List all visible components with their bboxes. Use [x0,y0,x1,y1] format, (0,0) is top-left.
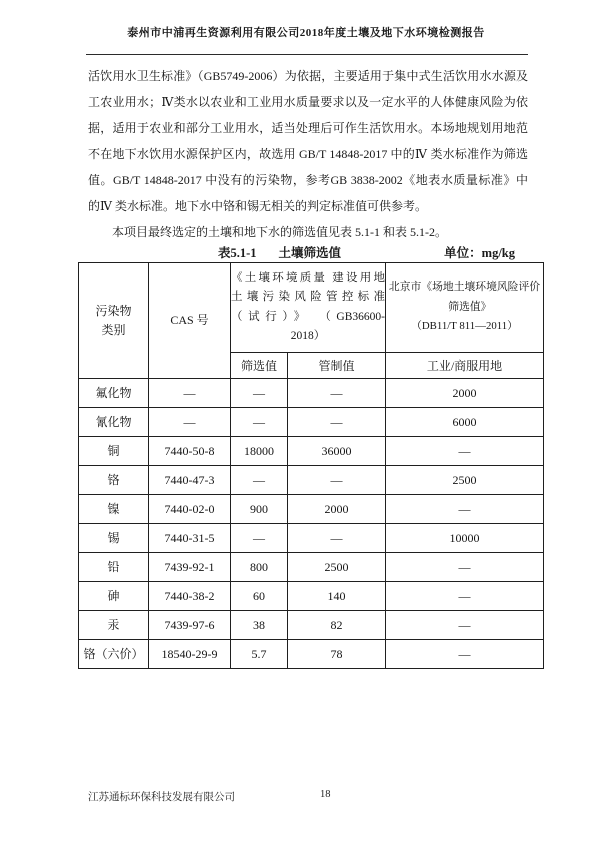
screening-cell: 900 [231,495,288,524]
table-row: 氟化物 — — — 2000 [79,379,544,408]
control-cell: 2500 [288,553,386,582]
control-cell: — [288,466,386,495]
pollutant-cell: 氟化物 [79,379,149,408]
industrial-use-subheader: 工业/商服用地 [386,353,544,379]
pollutant-cell: 铬 [79,466,149,495]
body-text: 活饮用水卫生标准》（GB5749-2006）为依据，主要适用于集中式生活饮用水水… [88,63,528,245]
screening-cell: — [231,408,288,437]
pollutant-cell: 砷 [79,582,149,611]
cas-cell: 7440-50-8 [149,437,231,466]
table-row: 汞 7439-97-6 38 82 — [79,611,544,640]
industrial-cell: — [386,437,544,466]
pollutant-cell: 铜 [79,437,149,466]
control-cell: — [288,408,386,437]
cas-cell: 7440-38-2 [149,582,231,611]
industrial-cell: — [386,611,544,640]
gb-header-line: 2018） [231,327,385,347]
industrial-cell: — [386,582,544,611]
cas-cell: — [149,408,231,437]
cas-cell: 18540-29-9 [149,640,231,669]
screening-cell: — [231,466,288,495]
industrial-cell: 2000 [386,379,544,408]
footer-company: 江苏通标环保科技发展有限公司 [88,789,235,804]
gb36600-standard-header: 《土壤环境质量 建设用地 土壤污染风险管控标准 （试行）》 （GB36600- … [231,263,386,353]
page-footer: 江苏通标环保科技发展有限公司 18 [0,789,612,803]
screening-cell: — [231,524,288,553]
industrial-cell: — [386,495,544,524]
table-row: 铬（六价） 18540-29-9 5.7 78 — [79,640,544,669]
caption-label: 表5.1-1 [218,245,257,261]
pollutant-category-header: 污染物 类别 [79,263,149,379]
screening-cell: 18000 [231,437,288,466]
table-row: 砷 7440-38-2 60 140 — [79,582,544,611]
header-rule [86,54,528,55]
pollutant-category-line1: 污染物 [79,302,148,321]
body-line: 不在地下水饮用水源保护区内，故选用 GB/T 14848-2017 中的Ⅳ 类水… [88,141,528,167]
control-cell: — [288,524,386,553]
body-line: 的Ⅳ 类水标准。地下水中铬和锡无相关的判定标准值可供参考。 [88,193,528,219]
cas-header: CAS 号 [149,263,231,379]
control-value-subheader: 管制值 [288,353,386,379]
control-cell: 78 [288,640,386,669]
table-row: 镍 7440-02-0 900 2000 — [79,495,544,524]
gb-header-line: 土壤污染风险管控标准 [231,288,385,308]
page-header-title: 泰州市中浦再生资源利用有限公司2018年度土壤及地下水环境检测报告 [0,0,612,42]
pollutant-cell: 铬（六价） [79,640,149,669]
body-line: 本项目最终选定的土壤和地下水的筛选值见表 5.1-1 和表 5.1-2。 [88,219,528,245]
bj-header-line: 筛选值》 [386,298,543,318]
caption-unit: 单位：mg/kg [444,246,515,260]
page-number: 18 [320,789,331,800]
body-line: 值。GB/T 14848-2017 中没有的污染物，参考GB 3838-2002… [88,167,528,193]
table-header-row: 污染物 类别 CAS 号 《土壤环境质量 建设用地 土壤污染风险管控标准 （试行… [79,263,544,353]
industrial-cell: — [386,640,544,669]
control-cell: — [288,379,386,408]
control-cell: 140 [288,582,386,611]
beijing-standard-header: 北京市《场地土壤环境风险评价 筛选值》 （DB11/T 811—2011） [386,263,544,353]
soil-screening-table: 污染物 类别 CAS 号 《土壤环境质量 建设用地 土壤污染风险管控标准 （试行… [78,262,544,669]
screening-cell: 60 [231,582,288,611]
document-page: 泰州市中浦再生资源利用有限公司2018年度土壤及地下水环境检测报告 活饮用水卫生… [0,0,612,865]
screening-cell: — [231,379,288,408]
screening-cell: 5.7 [231,640,288,669]
cas-cell: — [149,379,231,408]
control-cell: 2000 [288,495,386,524]
industrial-cell: 10000 [386,524,544,553]
control-cell: 82 [288,611,386,640]
cas-cell: 7439-92-1 [149,553,231,582]
industrial-cell: 6000 [386,408,544,437]
table-row: 铜 7440-50-8 18000 36000 — [79,437,544,466]
caption-title: 土壤筛选值 [279,245,342,261]
bj-header-line: 北京市《场地土壤环境风险评价 [386,278,543,298]
screening-value-subheader: 筛选值 [231,353,288,379]
industrial-cell: — [386,553,544,582]
table-row: 锡 7440-31-5 — — 10000 [79,524,544,553]
body-line: 工农业用水；Ⅳ类水以农业和工业用水质量要求以及一定水平的人体健康风险为依 [88,89,528,115]
cas-cell: 7440-31-5 [149,524,231,553]
table-row: 氰化物 — — — 6000 [79,408,544,437]
pollutant-category-line2: 类别 [79,321,148,340]
cas-cell: 7439-97-6 [149,611,231,640]
control-cell: 36000 [288,437,386,466]
screening-cell: 800 [231,553,288,582]
caption-unit-wrap: 单位：mg/kg [341,245,543,261]
pollutant-cell: 镍 [79,495,149,524]
table-row: 铅 7439-92-1 800 2500 — [79,553,544,582]
gb-header-line: （试行）》 （GB36600- [231,308,385,328]
industrial-cell: 2500 [386,466,544,495]
pollutant-cell: 铅 [79,553,149,582]
pollutant-cell: 汞 [79,611,149,640]
table-row: 铬 7440-47-3 — — 2500 [79,466,544,495]
cas-cell: 7440-47-3 [149,466,231,495]
pollutant-cell: 锡 [79,524,149,553]
table-caption: 表5.1-1 土壤筛选值 单位：mg/kg [78,245,543,261]
bj-header-line: （DB11/T 811—2011） [386,317,543,337]
gb-header-line: 《土壤环境质量 建设用地 [231,269,385,289]
cas-cell: 7440-02-0 [149,495,231,524]
body-line: 活饮用水卫生标准》（GB5749-2006）为依据，主要适用于集中式生活饮用水水… [88,63,528,89]
body-line: 据，适用于农业和部分工业用水，适当处理后可作生活饮用水。本场地规划用地范围 [88,115,528,141]
screening-cell: 38 [231,611,288,640]
pollutant-cell: 氰化物 [79,408,149,437]
